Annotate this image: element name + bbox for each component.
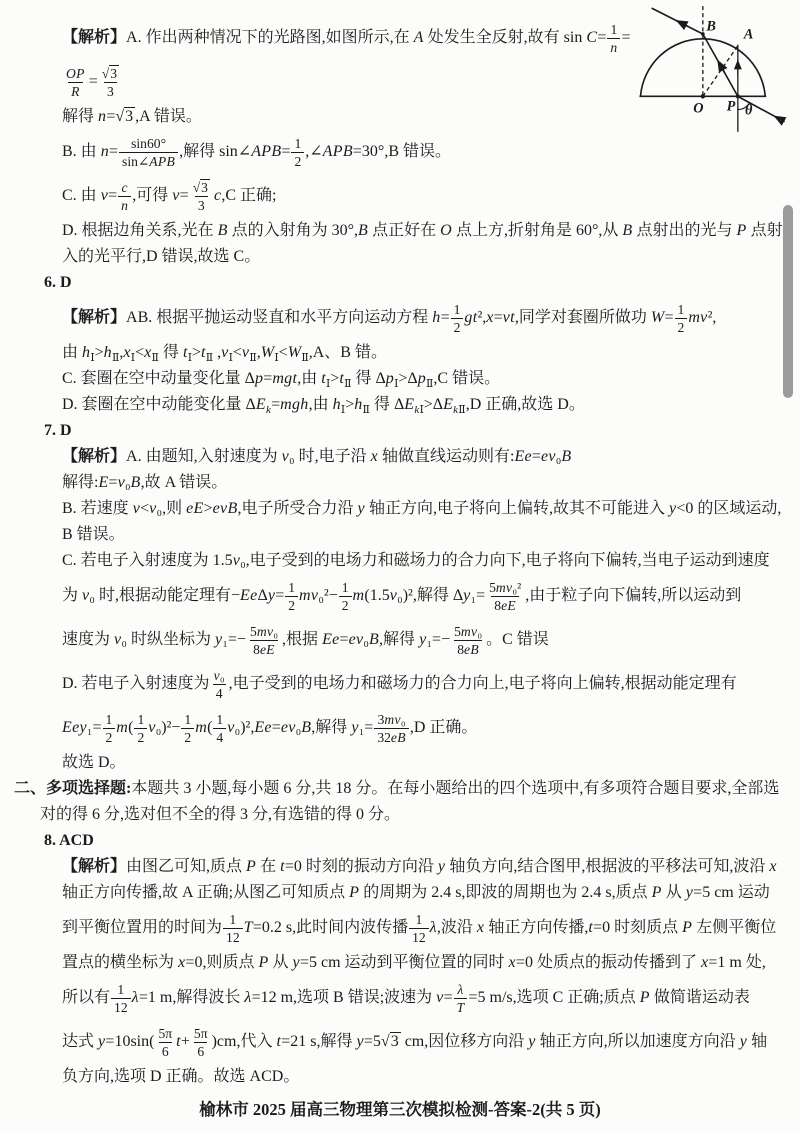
text-line-20: 速度为 v₀ 时纵坐标为 y₁=−5mv₀8eE,根据 Ee=ev₀B,解得 y… bbox=[0, 618, 800, 662]
text-line-26: 8. ACD bbox=[0, 828, 800, 854]
text-line-7: 入的光平行,D 错误,故选 C。 bbox=[0, 244, 800, 270]
page-footer: 榆林市 2025 届高三物理第三次模拟检测-答案-2(共 5 页) bbox=[0, 1096, 800, 1124]
text-line-29: 到平衡位置用的时间为112T=0.2 s,此时间内波传播112λ,波沿 x 轴正… bbox=[0, 906, 800, 950]
scrollbar-thumb[interactable] bbox=[783, 205, 793, 398]
text-line-32: 达式 y=10sin(5π6t+5π6)cm,代入 t=21 s,解得 y=5√… bbox=[0, 1020, 800, 1064]
text-line-21: D. 若电子入射速度为v₀4,电子受到的电场力和磁场力的合力向上,电子将向上偏转… bbox=[0, 662, 800, 706]
text-line-14: 【解析】A. 由题知,入射速度为 v₀ 时,电子沿 x 轴做直线运动则有:Ee=… bbox=[0, 444, 800, 470]
text-line-12: D. 套圈在空中动能变化量 ΔEk=mgh,由 hⅠ>hⅡ 得 ΔEkⅠ>ΔEk… bbox=[0, 392, 800, 418]
label-b: B bbox=[705, 18, 715, 34]
text-line-8: 6. D bbox=[0, 270, 800, 296]
text-line-30: 置点的横坐标为 x=0,则质点 P 从 y=5 cm 运动到平衡位置的同时 x=… bbox=[0, 950, 800, 976]
page: 【解析】A. 作出两种情况下的光路图,如图所示,在 A 处发生全反射,故有 si… bbox=[0, 0, 800, 1132]
text-line-33: 负方向,选项 D 正确。故选 ACD。 bbox=[0, 1064, 800, 1090]
text-line-17: B 错误。 bbox=[0, 522, 800, 548]
text-line-24: 二、多项选择题:本题共 3 小题,每小题 6 分,共 18 分。在每小题给出的四… bbox=[0, 776, 800, 802]
text-line-28: 轴正方向传播,故 A 正确;从图乙可知质点 P 的周期为 2.4 s,即波的周期… bbox=[0, 880, 800, 906]
text-line-18: C. 若电子入射速度为 1.5v₀,电子受到的电场力和磁场力的合力向下,电子将向… bbox=[0, 548, 800, 574]
oa-dashed bbox=[703, 46, 738, 97]
text-line-27: 【解析】由图乙可知,质点 P 在 t=0 时刻的振动方向沿 y 轴负方向,结合图… bbox=[0, 854, 800, 880]
optics-diagram: B A O P θ bbox=[628, 0, 798, 142]
text-line-13: 7. D bbox=[0, 418, 800, 444]
text-line-6: D. 根据边角关系,光在 B 点的入射角为 30°,B 点正好在 O 点上方,折… bbox=[0, 218, 800, 244]
text-line-5: C. 由 v=cn,可得 v=√33c,C 正确; bbox=[0, 174, 800, 218]
point-o-dot bbox=[701, 94, 705, 98]
label-theta: θ bbox=[745, 103, 753, 119]
text-line-25: 对的得 6 分,选对但不全的得 3 分,有选错的得 0 分。 bbox=[0, 802, 800, 828]
text-line-19: 为 v₀ 时,根据动能定理有−EeΔy=12mv₀²−12m(1.5v₀)²,解… bbox=[0, 574, 800, 618]
text-line-9: 【解析】AB. 根据平抛运动竖直和水平方向运动方程 h=12gt²,x=vt,同… bbox=[0, 296, 800, 340]
text-line-23: 故选 D。 bbox=[0, 750, 800, 776]
label-a: A bbox=[743, 27, 753, 43]
text-line-15: 解得:E=v₀B,故 A 错误。 bbox=[0, 470, 800, 496]
answer-text-block: 【解析】A. 作出两种情况下的光路图,如图所示,在 A 处发生全反射,故有 si… bbox=[0, 16, 800, 1090]
text-line-10: 由 hⅠ>hⅡ,xⅠ<xⅡ 得 tⅠ>tⅡ ,vⅠ<vⅡ,WⅠ<WⅡ,A、B 错… bbox=[0, 340, 800, 366]
label-p: P bbox=[727, 99, 736, 115]
point-p-dot bbox=[736, 94, 740, 98]
text-line-22: Eey₁=12m(12v₀)²−12m(14v₀)²,Ee=ev₀B,解得 y₁… bbox=[0, 706, 800, 750]
label-o: O bbox=[693, 101, 703, 117]
point-b-dot bbox=[701, 32, 705, 36]
text-line-31: 所以有112λ=1 m,解得波长 λ=12 m,选项 B 错误;波速为 v=λT… bbox=[0, 976, 800, 1020]
text-line-16: B. 若速度 v<v₀,则 eE>evB,电子所受合力沿 y 轴正方向,电子将向… bbox=[0, 496, 800, 522]
text-line-11: C. 套圈在空中动量变化量 Δp=mgt,由 tⅠ>tⅡ 得 ΔpⅠ>ΔpⅡ,C… bbox=[0, 366, 800, 392]
